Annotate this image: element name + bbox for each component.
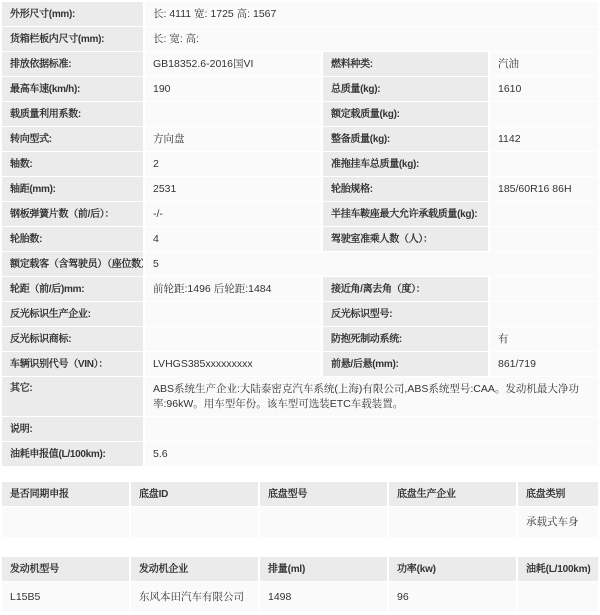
spec-label-cell: 反光标识商标: bbox=[2, 327, 143, 351]
spec-value-cell: LVHGS385xxxxxxxxx bbox=[145, 352, 321, 376]
chassis-header-cell: 是否同期申报 bbox=[2, 482, 129, 506]
spec-label-cell: 油耗申报值(L/100km): bbox=[2, 442, 143, 466]
spec-label-cell: 总质量(kg): bbox=[323, 77, 488, 101]
spec-row: 反光标识生产企业: 反光标识型号: bbox=[2, 302, 598, 326]
spec-value-cell: 5.6 bbox=[145, 442, 598, 466]
spec-label-cell: 车辆识别代号（VIN）： bbox=[2, 352, 143, 376]
spec-value-cell: 长: 4111 宽: 1725 高: 1567 bbox=[145, 2, 598, 26]
spec-label-cell: 准拖挂车总质量(kg): bbox=[323, 152, 488, 176]
spec-row: 额定载客（含驾驶员）（座位数）： 5 bbox=[2, 252, 598, 276]
spec-value-cell: 2531 bbox=[145, 177, 321, 201]
spec-value-cell bbox=[145, 327, 321, 351]
chassis-header-cell: 底盘类别 bbox=[518, 482, 598, 506]
spec-label-cell: 轮距（前/后)mm: bbox=[2, 277, 143, 301]
spec-value-cell: 861/719 bbox=[490, 352, 598, 376]
engine-header-cell: 油耗(L/100km) bbox=[518, 557, 598, 581]
spec-row: 载质量利用系数: 额定载质量(kg): bbox=[2, 102, 598, 126]
spec-value-cell: -/- bbox=[145, 202, 321, 226]
spec-value-cell: 1142 bbox=[490, 127, 598, 151]
spec-label-cell: 转向型式: bbox=[2, 127, 143, 151]
spec-label-cell: 接近角/离去角（度）： bbox=[323, 277, 488, 301]
spec-row: 排放依据标准: GB18352.6-2016国VI 燃料种类: 汽油 bbox=[2, 52, 598, 76]
spec-row-other: 其它: ABS系统生产企业:大陆泰密克汽车系统(上海)有限公司,ABS系统型号:… bbox=[2, 377, 598, 416]
spec-value-cell: 185/60R16 86H bbox=[490, 177, 598, 201]
spec-value-cell: 有 bbox=[490, 327, 598, 351]
spec-label-cell: 燃料种类: bbox=[323, 52, 488, 76]
spec-value-cell bbox=[490, 227, 598, 251]
chassis-header-cell: 底盘生产企业 bbox=[389, 482, 516, 506]
spec-value-cell bbox=[490, 102, 598, 126]
chassis-cell bbox=[131, 507, 258, 537]
chassis-cell bbox=[389, 507, 516, 537]
spec-row: 反光标识商标: 防抱死制动系统: 有 bbox=[2, 327, 598, 351]
spec-label-cell: 轴数: bbox=[2, 152, 143, 176]
spec-label-cell: 反光标识型号: bbox=[323, 302, 488, 326]
spec-label-cell: 外形尺寸(mm): bbox=[2, 2, 143, 26]
spec-label-cell: 最高车速(km/h): bbox=[2, 77, 143, 101]
engine-cell bbox=[518, 582, 598, 612]
spec-value-cell bbox=[145, 417, 598, 441]
engine-cell: L15B5 bbox=[2, 582, 129, 612]
spec-row: 轮胎数: 4 驾驶室准乘人数（人）： bbox=[2, 227, 598, 251]
spec-row: 货箱栏板内尺寸(mm): 长: 宽: 高: bbox=[2, 27, 598, 51]
spec-row: 轴距(mm): 2531 轮胎规格: 185/60R16 86H bbox=[2, 177, 598, 201]
spec-value-cell bbox=[145, 302, 321, 326]
spec-value-cell: 4 bbox=[145, 227, 321, 251]
spec-value-cell: 1610 bbox=[490, 77, 598, 101]
engine-header-row: 发动机型号 发动机企业 排量(ml) 功率(kw) 油耗(L/100km) bbox=[2, 557, 598, 581]
spec-value-cell bbox=[490, 277, 598, 301]
spec-label-cell: 防抱死制动系统: bbox=[323, 327, 488, 351]
spec-row: 说明: bbox=[2, 417, 598, 441]
chassis-header-row: 是否同期申报 底盘ID 底盘型号 底盘生产企业 底盘类别 bbox=[2, 482, 598, 506]
spec-label-cell: 反光标识生产企业: bbox=[2, 302, 143, 326]
engine-data-row: L15B5 东风本田汽车有限公司 1498 96 bbox=[2, 582, 598, 612]
spec-value-cell: 方向盘 bbox=[145, 127, 321, 151]
spec-row: 轮距（前/后)mm: 前轮距:1496 后轮距:1484 接近角/离去角（度）： bbox=[2, 277, 598, 301]
chassis-header-cell: 底盘ID bbox=[131, 482, 258, 506]
spec-value-cell bbox=[490, 202, 598, 226]
spec-value-cell bbox=[490, 302, 598, 326]
engine-header-cell: 排量(ml) bbox=[260, 557, 387, 581]
spec-row: 油耗申报值(L/100km): 5.6 bbox=[2, 442, 598, 466]
spec-label-cell: 整备质量(kg): bbox=[323, 127, 488, 151]
engine-cell: 1498 bbox=[260, 582, 387, 612]
spec-value-cell bbox=[490, 152, 598, 176]
chassis-data-row: 承载式车身 bbox=[2, 507, 598, 537]
spec-label-cell: 载质量利用系数: bbox=[2, 102, 143, 126]
spec-label-cell: 额定载客（含驾驶员）（座位数）： bbox=[2, 252, 143, 276]
spec-value-cell: 前轮距:1496 后轮距:1484 bbox=[145, 277, 321, 301]
spec-table: 外形尺寸(mm): 长: 4111 宽: 1725 高: 1567 货箱栏板内尺… bbox=[2, 2, 598, 466]
chassis-header-cell: 底盘型号 bbox=[260, 482, 387, 506]
spec-value-cell: 长: 宽: 高: bbox=[145, 27, 598, 51]
spec-row: 车辆识别代号（VIN）： LVHGS385xxxxxxxxx 前悬/后悬(mm)… bbox=[2, 352, 598, 376]
spec-label-cell: 钢板弹簧片数（前/后）： bbox=[2, 202, 143, 226]
engine-cell: 96 bbox=[389, 582, 516, 612]
engine-header-cell: 发动机企业 bbox=[131, 557, 258, 581]
spec-value-cell: ABS系统生产企业:大陆泰密克汽车系统(上海)有限公司,ABS系统型号:CAA。… bbox=[145, 377, 598, 416]
spec-value-cell bbox=[145, 102, 321, 126]
spec-value-cell: 190 bbox=[145, 77, 321, 101]
spec-label-cell: 轮胎规格: bbox=[323, 177, 488, 201]
spec-label-cell: 其它: bbox=[2, 377, 143, 416]
spec-label-cell: 货箱栏板内尺寸(mm): bbox=[2, 27, 143, 51]
chassis-cell bbox=[2, 507, 129, 537]
vehicle-spec-page: { "colors": { "label_bg": "#ebebeb", "va… bbox=[0, 0, 600, 615]
chassis-cell bbox=[260, 507, 387, 537]
spec-label-cell: 轴距(mm): bbox=[2, 177, 143, 201]
spec-label-cell: 轮胎数: bbox=[2, 227, 143, 251]
spec-row: 轴数: 2 准拖挂车总质量(kg): bbox=[2, 152, 598, 176]
spec-label-cell: 排放依据标准: bbox=[2, 52, 143, 76]
spec-label-cell: 半挂车鞍座最大允许承载质量(kg): bbox=[323, 202, 488, 226]
chassis-cell: 承载式车身 bbox=[518, 507, 598, 537]
engine-table: 发动机型号 发动机企业 排量(ml) 功率(kw) 油耗(L/100km) L1… bbox=[2, 557, 598, 612]
chassis-table: 是否同期申报 底盘ID 底盘型号 底盘生产企业 底盘类别 承载式车身 bbox=[2, 482, 598, 537]
spec-label-cell: 驾驶室准乘人数（人）： bbox=[323, 227, 488, 251]
spec-value-cell: 2 bbox=[145, 152, 321, 176]
spec-value-cell: 5 bbox=[145, 252, 598, 276]
spec-label-cell: 额定载质量(kg): bbox=[323, 102, 488, 126]
spec-row: 钢板弹簧片数（前/后）： -/- 半挂车鞍座最大允许承载质量(kg): bbox=[2, 202, 598, 226]
spec-value-cell: 汽油 bbox=[490, 52, 598, 76]
engine-header-cell: 功率(kw) bbox=[389, 557, 516, 581]
spec-row: 外形尺寸(mm): 长: 4111 宽: 1725 高: 1567 bbox=[2, 2, 598, 26]
spec-row: 转向型式: 方向盘 整备质量(kg): 1142 bbox=[2, 127, 598, 151]
spec-row: 最高车速(km/h): 190 总质量(kg): 1610 bbox=[2, 77, 598, 101]
spec-value-cell: GB18352.6-2016国VI bbox=[145, 52, 321, 76]
spec-label-cell: 说明: bbox=[2, 417, 143, 441]
page-content: 外形尺寸(mm): 长: 4111 宽: 1725 高: 1567 货箱栏板内尺… bbox=[0, 0, 600, 615]
engine-header-cell: 发动机型号 bbox=[2, 557, 129, 581]
spec-label-cell: 前悬/后悬(mm): bbox=[323, 352, 488, 376]
engine-cell: 东风本田汽车有限公司 bbox=[131, 582, 258, 612]
